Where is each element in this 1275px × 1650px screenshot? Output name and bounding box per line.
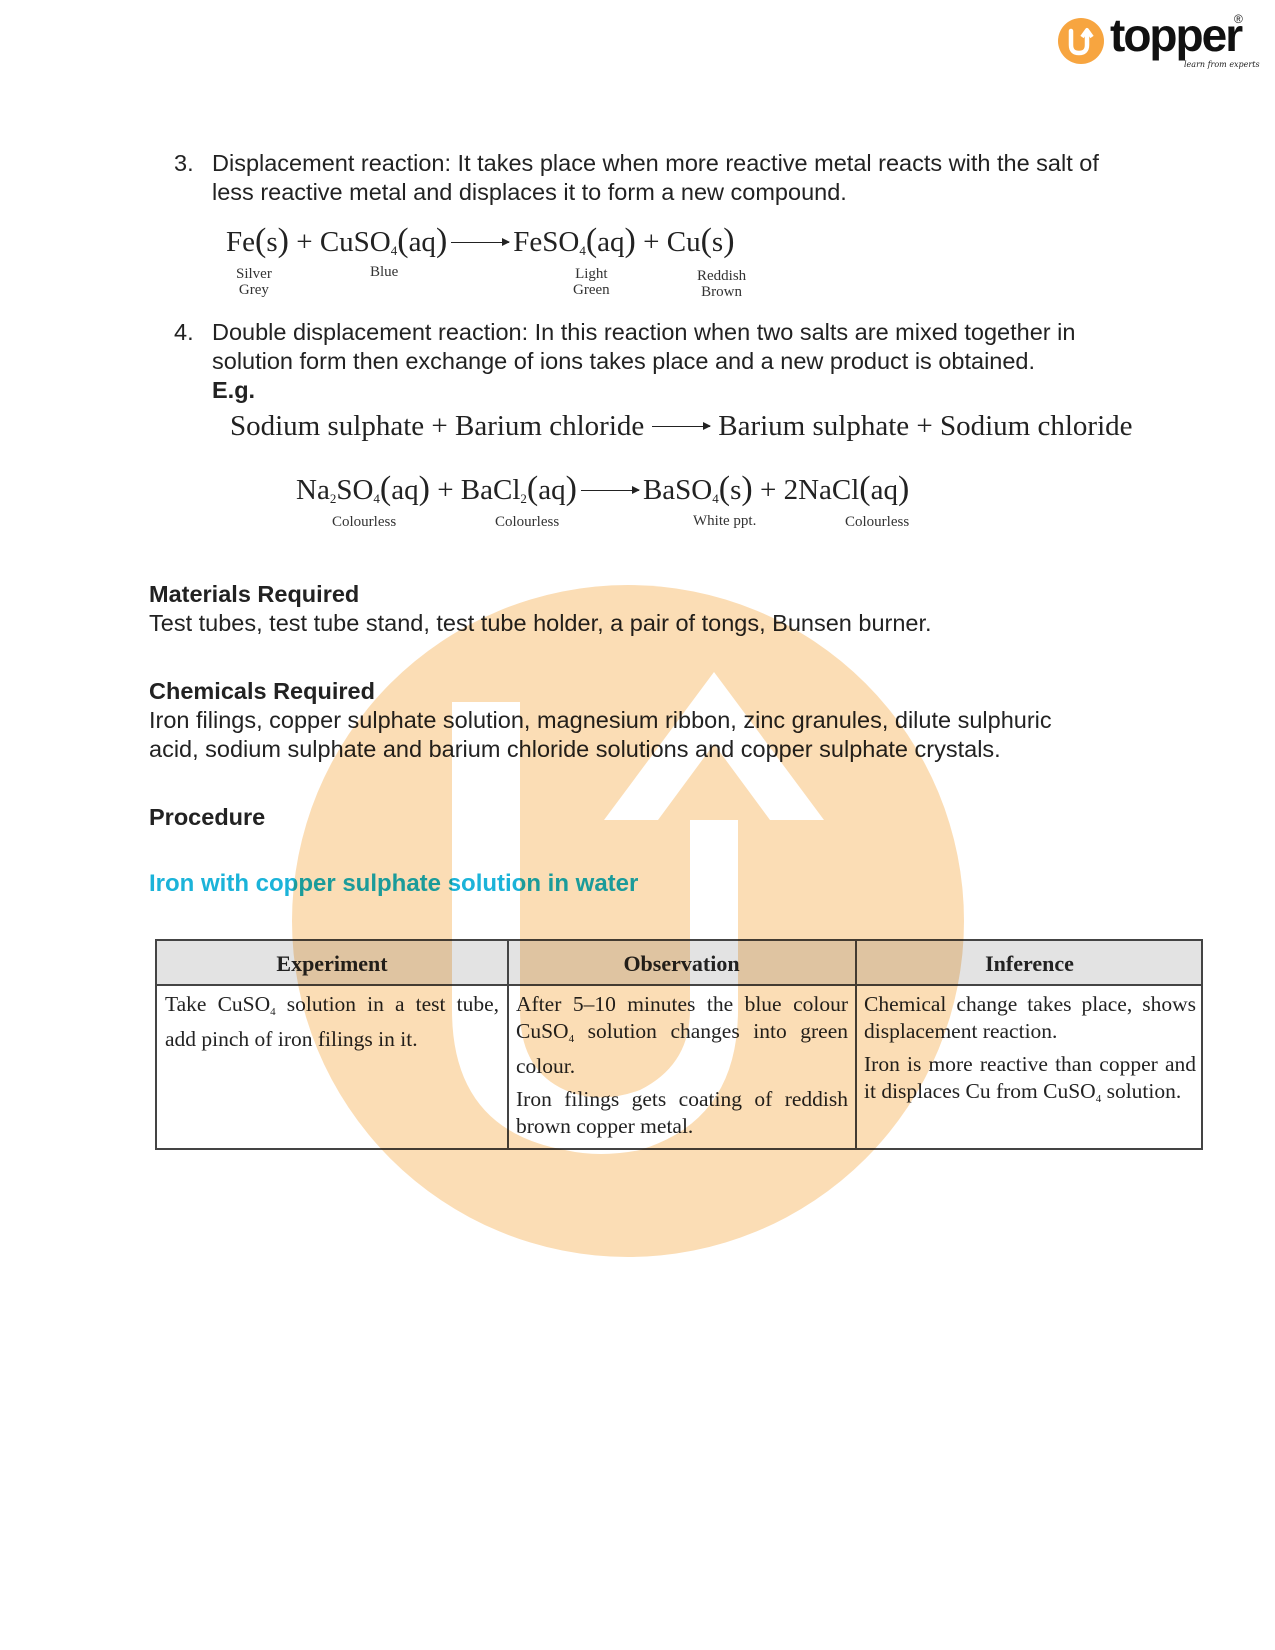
formula-cu: Cu [667,226,701,258]
label-silver-grey: SilverGrey [236,266,272,298]
label-white-ppt: White ppt. [693,513,756,529]
materials-heading: Materials Required [149,581,359,608]
reaction-arrow-icon [581,490,639,491]
state-s: s [266,226,277,258]
label-light-green: LightGreen [573,266,610,298]
displacement-equation: Fe(s) + CuSO4(aq)FeSO4(aq) + Cu(s) [226,222,735,260]
registered-mark: ® [1234,12,1243,26]
label-reddish-brown: ReddishBrown [697,268,746,300]
topper-logo: topper ® learn from experts [1056,14,1256,74]
label-colourless: Colourless [495,514,559,530]
double-displacement-equation: Na2SO4(aq) + BaCl2(aq)BaSO4(s) + 2NaCl(a… [296,470,909,508]
procedure-heading: Procedure [149,804,265,831]
header-experiment: Experiment [157,951,507,977]
cell-inference: Chemical change takes place, shows displ… [864,991,1196,1119]
chemicals-heading: Chemicals Required [149,678,375,705]
procedure-subheading: Iron with copper sulphate solution in wa… [149,870,638,898]
item-text: Double displacement reaction: In this re… [212,318,1132,405]
word-equation: Sodium sulphate + Barium chlorideBarium … [230,410,1133,443]
label-blue: Blue [370,264,398,280]
formula-cuso4: CuSO [320,226,391,258]
cell-experiment: Take CuSO4 solution in a test tube, add … [165,991,499,1059]
label-colourless: Colourless [332,514,396,530]
brand-name: topper [1110,8,1241,62]
word-equation-left: Sodium sulphate + Barium chloride [230,410,644,442]
state-s: s [712,226,723,258]
reaction-arrow-icon [652,426,710,427]
item-number: 4. [174,318,194,347]
state-aq: aq [597,226,624,258]
brand-tagline: learn from experts [1184,60,1260,69]
header-inference: Inference [856,951,1203,977]
document-page: topper ® learn from experts 3. Displacem… [0,0,1275,1650]
materials-text: Test tubes, test tube stand, test tube h… [149,609,1149,638]
document-content: 3. Displacement reaction: It takes place… [0,0,1275,1650]
formula-feso4: FeSO [513,226,579,258]
state-aq: aq [409,226,436,258]
example-label: E.g. [212,377,255,403]
reaction-arrow-icon [451,242,509,243]
cell-observation: After 5–10 minutes the blue colour CuSO4… [516,991,848,1146]
chemicals-text: Iron filings, copper sulphate solution, … [149,706,1149,764]
experiment-table: Experiment Observation Inference Take Cu… [155,939,1203,1150]
word-equation-right: Barium sulphate + Sodium chloride [718,410,1132,442]
formula-fe: Fe [226,226,255,258]
topper-badge-icon [1058,18,1104,64]
item-text: Displacement reaction: It takes place wh… [212,149,1132,207]
label-colourless: Colourless [845,514,909,530]
item-number: 3. [174,149,194,178]
header-observation: Observation [508,951,855,977]
